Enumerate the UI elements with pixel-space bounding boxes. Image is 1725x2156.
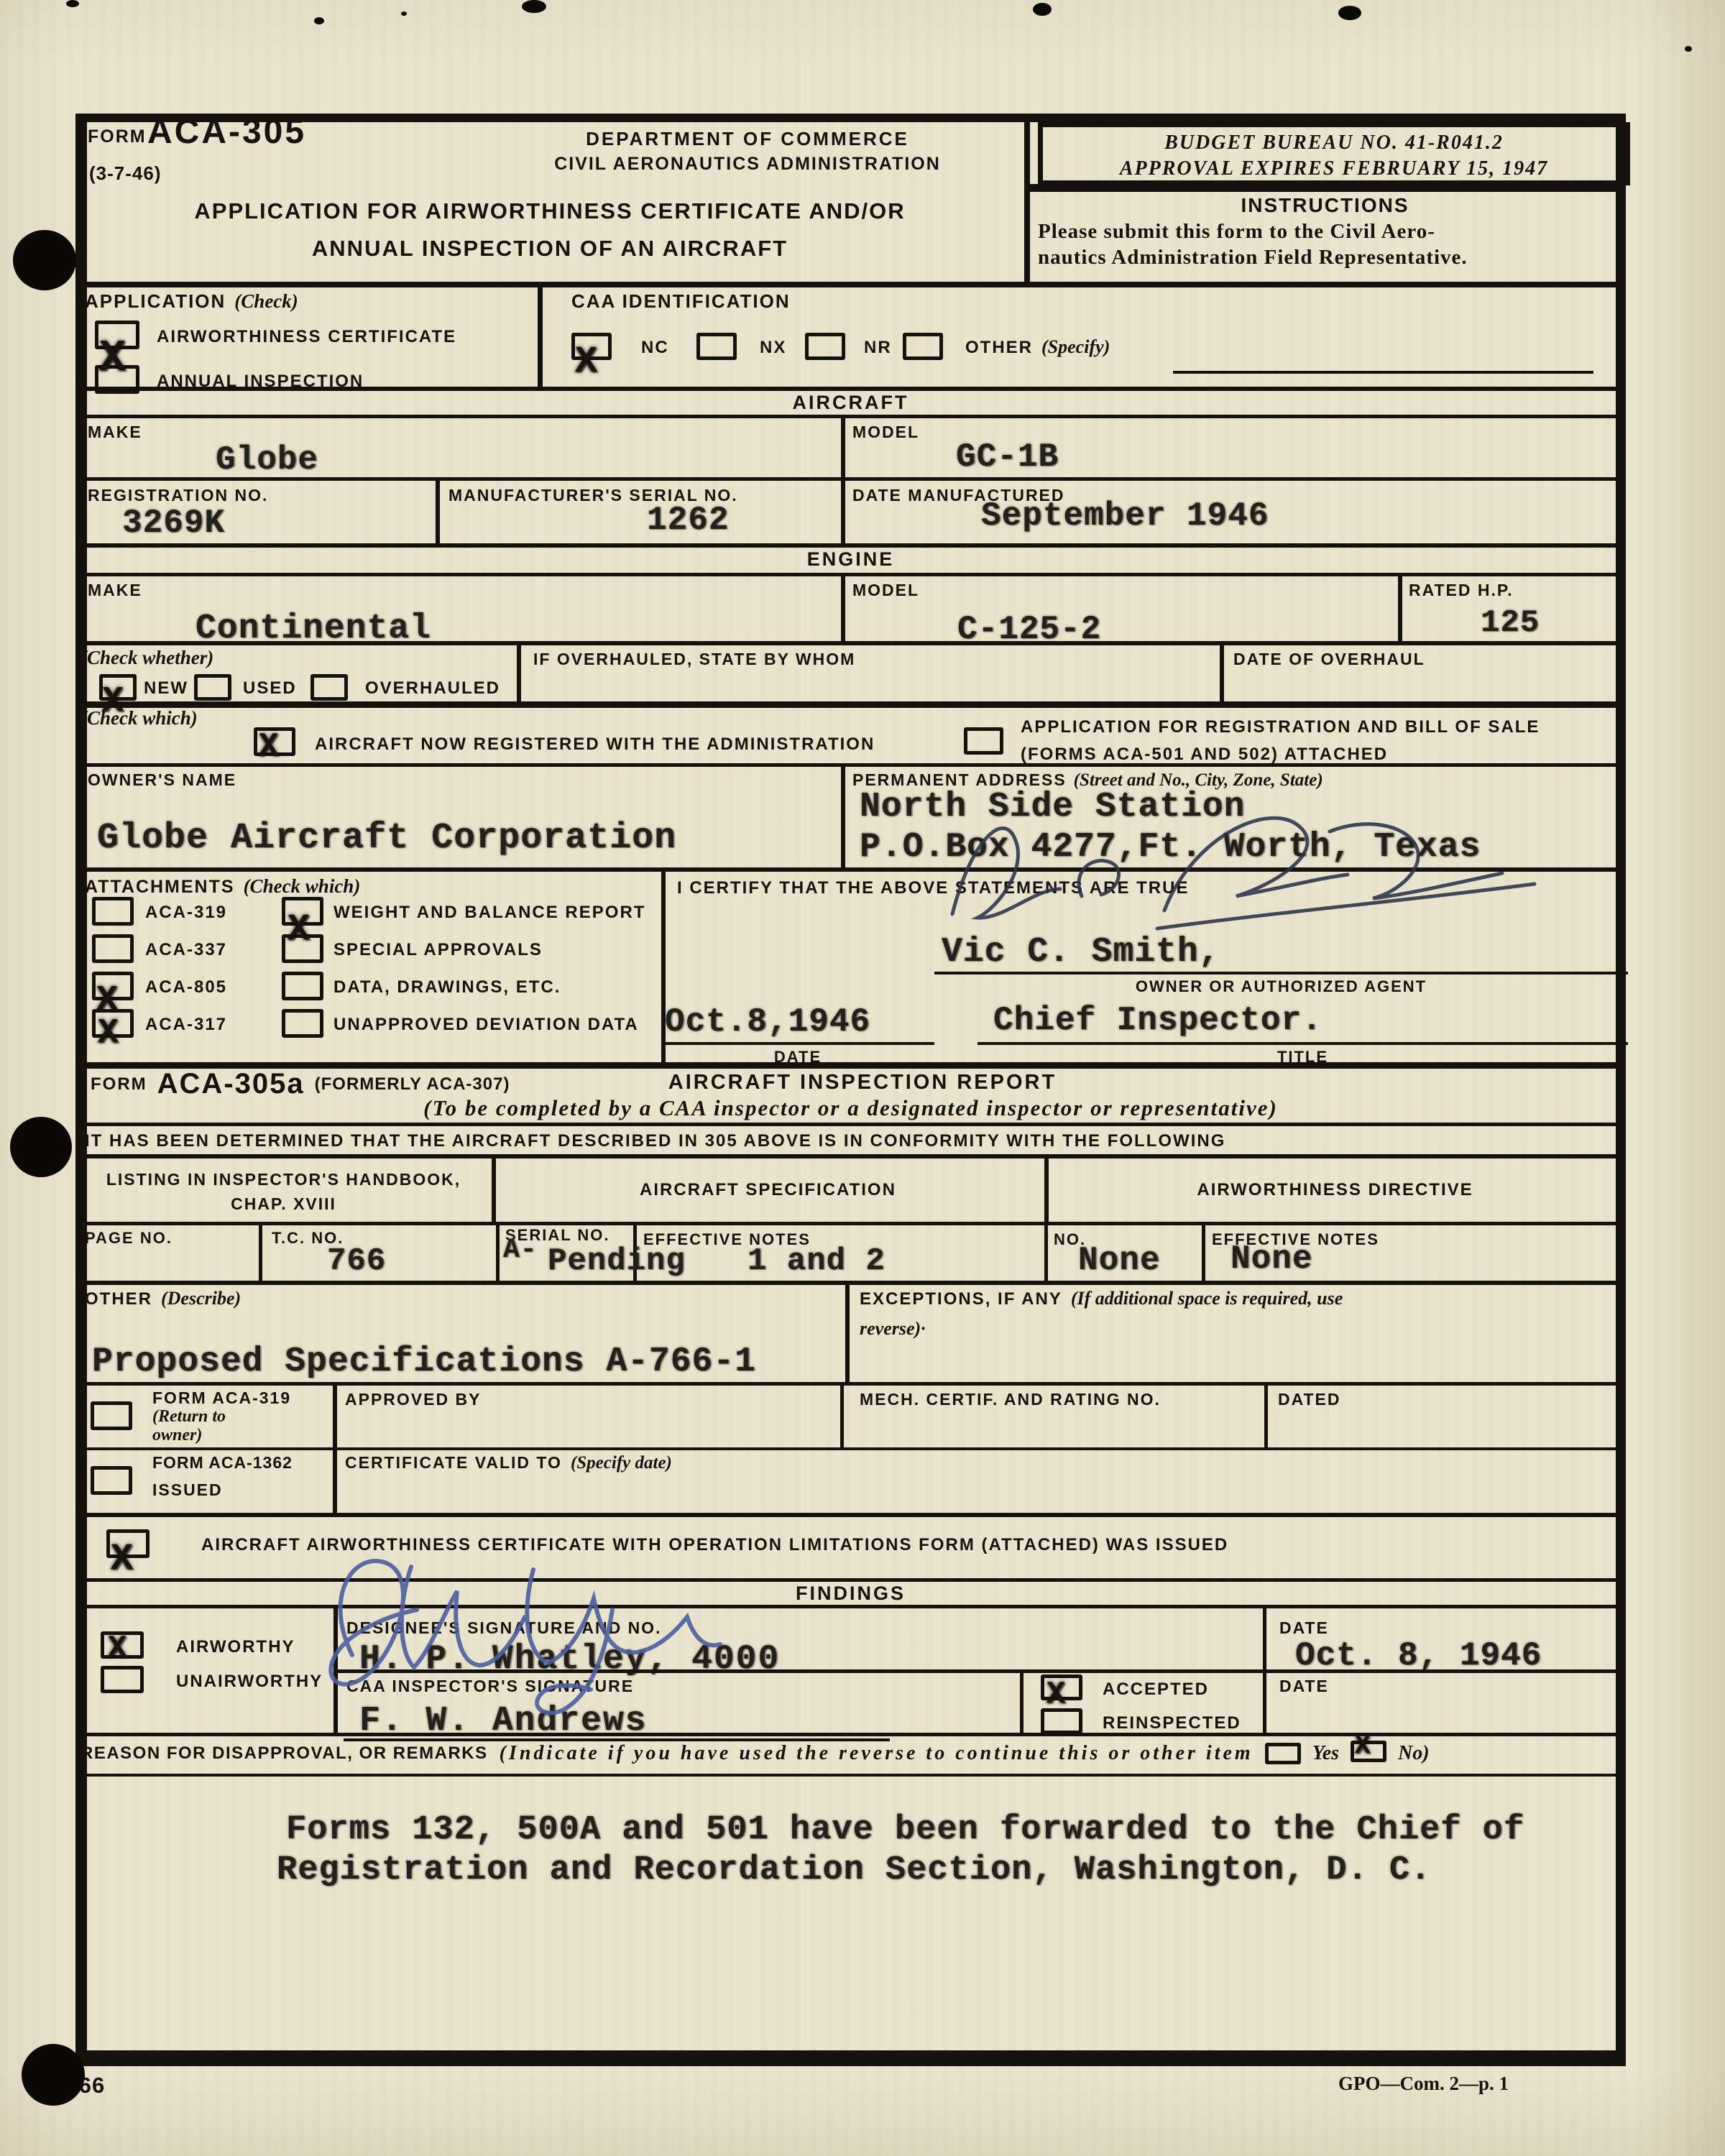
reason-no-checkbox-wrap: X bbox=[1351, 1741, 1386, 1766]
serial-no-value: 1262 bbox=[647, 502, 729, 539]
instructions-line2: nautics Administration Field Representat… bbox=[1038, 246, 1468, 269]
engine-overhauled-label: OVERHAULED bbox=[365, 678, 500, 699]
cell-divider bbox=[1220, 641, 1224, 704]
rule bbox=[75, 387, 1626, 391]
page-no-label: PAGE NO. bbox=[85, 1229, 172, 1248]
registration-no-label: REGISTRATION NO. bbox=[88, 486, 268, 505]
hole-punch-middle bbox=[10, 1117, 72, 1177]
report-formerly: (FORMERLY ACA-307) bbox=[315, 1074, 510, 1095]
check-which-note: (Check which) bbox=[80, 707, 198, 729]
cell-divider bbox=[436, 477, 440, 543]
permanent-address-label: PERMANENT ADDRESS bbox=[852, 770, 1067, 790]
report-title: AIRCRAFT INSPECTION REPORT bbox=[503, 1071, 1222, 1095]
airworthiness-certificate-label: AIRWORTHINESS CERTIFICATE bbox=[157, 327, 456, 347]
attachments-note: (Check which) bbox=[244, 875, 361, 898]
attachments-label-row: ATTACHMENTS (Check which) bbox=[85, 875, 360, 898]
aca-319-checkbox bbox=[92, 897, 134, 926]
rule bbox=[75, 415, 1626, 418]
reason-no-check-mark: X bbox=[1355, 1733, 1371, 1759]
determination-statement: IT HAS BEEN DETERMINED THAT THE AIRCRAFT… bbox=[85, 1131, 1225, 1151]
scan-speck bbox=[66, 0, 79, 7]
date-of-overhaul-label: DATE OF OVERHAUL bbox=[1233, 650, 1425, 669]
form-number: ACA-305 bbox=[147, 112, 306, 152]
engine-make-label: MAKE bbox=[88, 581, 142, 600]
registered-check-mark: X bbox=[259, 730, 279, 763]
unairworthy-checkbox bbox=[101, 1666, 144, 1693]
tc-no-value: 766 bbox=[327, 1243, 386, 1279]
rule bbox=[75, 1513, 1626, 1517]
aca-337-checkbox bbox=[92, 934, 134, 963]
scan-speck bbox=[401, 11, 407, 16]
rule bbox=[75, 573, 1626, 576]
aca-319-label: ACA-319 bbox=[145, 903, 227, 923]
form-title-line2: ANNUAL INSPECTION OF AN AIRCRAFT bbox=[75, 236, 1024, 262]
reinspected-checkbox bbox=[1041, 1708, 1082, 1734]
other-id-label: OTHER bbox=[965, 338, 1033, 358]
certificate-valid-label: CERTIFICATE VALID TO bbox=[345, 1453, 562, 1473]
effective-notes-value: 1 and 2 bbox=[747, 1243, 885, 1279]
reason-yes-checkbox bbox=[1265, 1743, 1301, 1764]
scan-speck bbox=[314, 17, 324, 24]
aca-337-label: ACA-337 bbox=[145, 940, 227, 960]
bill-of-sale-label-line2: (FORMS ACA-501 AND 502) ATTACHED bbox=[1021, 745, 1388, 765]
exceptions-note-line2: reverse)· bbox=[860, 1318, 926, 1340]
header-bottom-rule bbox=[75, 282, 1626, 287]
report-subtitle: (To be completed by a CAA inspector or a… bbox=[75, 1095, 1626, 1121]
aca-1362-issued-label: ISSUED bbox=[152, 1480, 223, 1500]
engine-section-title: ENGINE bbox=[75, 548, 1626, 571]
other-describe-row: OTHER (Describe) bbox=[85, 1288, 241, 1309]
instructions-line1: Please submit this form to the Civil Aer… bbox=[1038, 220, 1435, 244]
cell-divider bbox=[840, 1382, 844, 1447]
handbook-header-line1: LISTING IN INSPECTOR'S HANDBOOK, bbox=[75, 1170, 492, 1189]
engine-used-checkbox bbox=[194, 674, 231, 701]
cell-divider bbox=[1264, 1382, 1268, 1447]
application-caa-divider bbox=[538, 282, 543, 387]
exceptions-note-line1: (If additional space is required, use bbox=[1071, 1288, 1343, 1309]
rule bbox=[75, 1774, 1626, 1777]
budget-box-separator bbox=[1024, 184, 1626, 192]
aca-317-check-mark: X bbox=[98, 1016, 119, 1051]
report-form-label: FORM bbox=[91, 1074, 147, 1095]
cell-divider bbox=[841, 763, 845, 867]
aca-805-label: ACA-805 bbox=[145, 977, 227, 998]
inspector-date-label: DATE bbox=[1279, 1677, 1329, 1696]
other-id-blank-line bbox=[1173, 371, 1593, 374]
rule bbox=[75, 477, 1626, 481]
reinspected-label: REINSPECTED bbox=[1103, 1713, 1241, 1733]
dated-label: DATED bbox=[1278, 1390, 1341, 1409]
exceptions-row: EXCEPTIONS, IF ANY (If additional space … bbox=[860, 1288, 1343, 1309]
cell-divider bbox=[496, 1222, 500, 1281]
spec-header: AIRCRAFT SPECIFICATION bbox=[492, 1180, 1044, 1200]
accepted-check-mark: X bbox=[1046, 1679, 1065, 1710]
special-approvals-checkbox bbox=[282, 934, 323, 963]
hole-punch-top bbox=[13, 230, 76, 290]
data-drawings-checkbox bbox=[282, 972, 323, 1000]
budget-line2: APPROVAL EXPIRES FEBRUARY 15, 1947 bbox=[1043, 157, 1625, 180]
cell-divider bbox=[1020, 1669, 1023, 1733]
aca-319-note-line2: owner) bbox=[152, 1426, 202, 1445]
aircraft-model-label: MODEL bbox=[852, 423, 919, 442]
exceptions-label: EXCEPTIONS, IF ANY bbox=[860, 1289, 1062, 1309]
unapproved-deviation-checkbox bbox=[282, 1009, 323, 1038]
form-aca-319-label: FORM ACA-319 bbox=[152, 1388, 291, 1408]
accepted-label: ACCEPTED bbox=[1103, 1680, 1209, 1700]
form-label: FORM bbox=[88, 126, 147, 147]
unapproved-deviation-label: UNAPPROVED DEVIATION DATA bbox=[333, 1015, 639, 1035]
cell-divider bbox=[1044, 1222, 1048, 1281]
approved-by-label: APPROVED BY bbox=[345, 1390, 481, 1409]
airworthy-check-mark: X bbox=[108, 1633, 126, 1664]
form-revision: (3-7-46) bbox=[89, 162, 161, 185]
department-line1: DEPARTMENT OF COMMERCE bbox=[474, 128, 1021, 150]
form-title-line1: APPLICATION FOR AIRWORTHINESS CERTIFICAT… bbox=[75, 198, 1024, 224]
title-line bbox=[977, 1042, 1628, 1045]
reason-yes-label: Yes bbox=[1312, 1742, 1339, 1765]
rule bbox=[75, 1222, 1626, 1225]
cell-divider bbox=[1263, 1605, 1266, 1733]
aca-319-note-line1: (Return to bbox=[152, 1407, 226, 1427]
scan-speck bbox=[1338, 6, 1361, 20]
unairworthy-label: UNAIRWORTHY bbox=[176, 1672, 323, 1692]
cell-divider bbox=[841, 573, 845, 641]
date-manufactured-value: September 1946 bbox=[981, 497, 1269, 535]
rated-hp-label: RATED H.P. bbox=[1409, 581, 1514, 600]
airworthy-label: AIRWORTHY bbox=[176, 1637, 295, 1657]
mech-certif-label: MECH. CERTIF. AND RATING NO. bbox=[860, 1390, 1161, 1409]
engine-model-label: MODEL bbox=[852, 581, 919, 600]
aircraft-make-value: Globe bbox=[216, 441, 318, 479]
directive-notes-value: None bbox=[1230, 1240, 1312, 1278]
certify-date-value: Oct.8,1946 bbox=[665, 1003, 870, 1041]
aircraft-model-value: GC-1B bbox=[956, 438, 1059, 476]
owner-name-value: Globe Aircraft Corporation bbox=[97, 818, 676, 859]
engine-new-label: NEW bbox=[144, 678, 188, 699]
rated-hp-value: 125 bbox=[1481, 605, 1540, 641]
data-drawings-label: DATA, DRAWINGS, ETC. bbox=[333, 977, 561, 998]
engine-used-label: USED bbox=[243, 678, 297, 699]
rule bbox=[75, 1123, 1626, 1126]
instructions-title: INSTRUCTIONS bbox=[1024, 194, 1626, 217]
gpo-imprint: GPO—Com. 2—p. 1 bbox=[1338, 2073, 1509, 2095]
application-note: (Check) bbox=[234, 290, 298, 313]
owner-agent-label: OWNER OR AUTHORIZED AGENT bbox=[934, 977, 1628, 996]
budget-box: BUDGET BUREAU NO. 41-R041.2 APPROVAL EXP… bbox=[1038, 122, 1630, 185]
cell-divider bbox=[1398, 573, 1402, 641]
date-line bbox=[661, 1042, 934, 1045]
overhauled-by-whom-label: IF OVERHAULED, STATE BY WHOM bbox=[533, 650, 855, 669]
registration-no-value: 3269K bbox=[122, 505, 225, 542]
reason-label: REASON FOR DISAPPROVAL, OR REMARKS bbox=[80, 1743, 488, 1764]
cell-divider bbox=[841, 477, 845, 543]
bill-of-sale-checkbox bbox=[964, 727, 1003, 755]
scan-speck bbox=[1033, 3, 1052, 16]
weight-balance-label: WEIGHT AND BALANCE REPORT bbox=[333, 903, 645, 923]
rule bbox=[75, 1447, 1626, 1450]
signature-line bbox=[934, 972, 1628, 975]
cell-divider bbox=[517, 641, 521, 704]
aca-317-label: ACA-317 bbox=[145, 1015, 227, 1035]
hole-punch-bottom bbox=[22, 2044, 85, 2106]
nc-label: NC bbox=[641, 338, 669, 358]
report-serial-prefix: A- bbox=[503, 1235, 538, 1266]
engine-overhauled-checkbox bbox=[310, 674, 348, 701]
nr-checkbox bbox=[805, 333, 845, 360]
scan-speck bbox=[522, 0, 546, 13]
directive-no-value: None bbox=[1078, 1242, 1160, 1279]
application-label: APPLICATION bbox=[85, 290, 226, 313]
reason-row: REASON FOR DISAPPROVAL, OR REMARKS (Indi… bbox=[80, 1741, 1430, 1766]
cell-divider bbox=[1202, 1222, 1205, 1281]
directive-header: AIRWORTHINESS DIRECTIVE bbox=[1044, 1180, 1626, 1200]
scanned-form-page: FORM ACA-305 (3-7-46) DEPARTMENT OF COMM… bbox=[0, 0, 1725, 2156]
reason-note: (Indicate if you have used the reverse t… bbox=[500, 1742, 1253, 1765]
budget-line1: BUDGET BUREAU NO. 41-R041.2 bbox=[1043, 132, 1625, 155]
rule bbox=[75, 543, 1626, 548]
cell-divider bbox=[841, 415, 845, 477]
aircraft-section-title: AIRCRAFT bbox=[75, 392, 1626, 414]
certificate-issued-check-mark: X bbox=[111, 1541, 133, 1578]
reason-no-label: No) bbox=[1398, 1742, 1430, 1765]
form-aca-319-checkbox bbox=[91, 1401, 132, 1430]
certificate-valid-note: (Specify date) bbox=[571, 1453, 672, 1473]
handbook-header-line2: CHAP. XVIII bbox=[75, 1194, 492, 1214]
remarks-body-line2: Registration and Recordation Section, Wa… bbox=[277, 1851, 1431, 1889]
caa-identification-label: CAA IDENTIFICATION bbox=[571, 290, 791, 313]
nx-checkbox bbox=[696, 333, 737, 360]
remarks-body-line1: Forms 132, 500A and 501 have been forwar… bbox=[286, 1811, 1524, 1849]
rule bbox=[75, 641, 1626, 645]
form-aca-1362-label: FORM ACA-1362 bbox=[152, 1453, 293, 1473]
rule bbox=[75, 1154, 1626, 1158]
rule bbox=[75, 763, 1626, 767]
other-note: (Describe) bbox=[161, 1288, 241, 1309]
cell-divider bbox=[845, 1281, 850, 1382]
application-label-row: APPLICATION (Check) bbox=[85, 290, 298, 313]
cell-divider bbox=[259, 1222, 262, 1281]
other-label: OTHER bbox=[85, 1289, 152, 1309]
certificate-valid-row: CERTIFICATE VALID TO (Specify date) bbox=[345, 1453, 672, 1473]
registered-label: AIRCRAFT NOW REGISTERED WITH THE ADMINIS… bbox=[315, 734, 875, 755]
other-value: Proposed Specifications A-766-1 bbox=[92, 1342, 756, 1381]
other-id-checkbox bbox=[903, 333, 943, 360]
findings-date-label: DATE bbox=[1279, 1618, 1329, 1638]
nc-check-mark: X bbox=[575, 344, 597, 381]
aircraft-make-label: MAKE bbox=[88, 423, 142, 442]
other-id-label-row: OTHER (Specify) bbox=[965, 336, 1110, 358]
rule bbox=[75, 1382, 1626, 1386]
check-whether-note: (Check whether) bbox=[80, 647, 213, 669]
rule bbox=[75, 701, 1626, 708]
bill-of-sale-label-line1: APPLICATION FOR REGISTRATION AND BILL OF… bbox=[1021, 717, 1540, 737]
nr-label: NR bbox=[864, 338, 892, 358]
other-id-note: (Specify) bbox=[1041, 336, 1110, 358]
scan-speck bbox=[1685, 46, 1692, 52]
department-line2: CIVIL AERONAUTICS ADMINISTRATION bbox=[474, 154, 1021, 175]
special-approvals-label: SPECIAL APPROVALS bbox=[333, 940, 543, 960]
rule bbox=[75, 1281, 1626, 1285]
form-aca-1362-checkbox bbox=[91, 1466, 132, 1495]
signature-vic-smith bbox=[927, 799, 1560, 954]
owner-name-label: OWNER'S NAME bbox=[88, 770, 236, 790]
certify-title-value: Chief Inspector. bbox=[993, 1002, 1322, 1039]
signature-whatley bbox=[302, 1522, 733, 1738]
report-serial-value: Pending bbox=[548, 1243, 686, 1279]
nx-label: NX bbox=[760, 338, 786, 358]
airworthiness-check-mark: X bbox=[99, 336, 126, 381]
attachments-label: ATTACHMENTS bbox=[85, 877, 235, 898]
